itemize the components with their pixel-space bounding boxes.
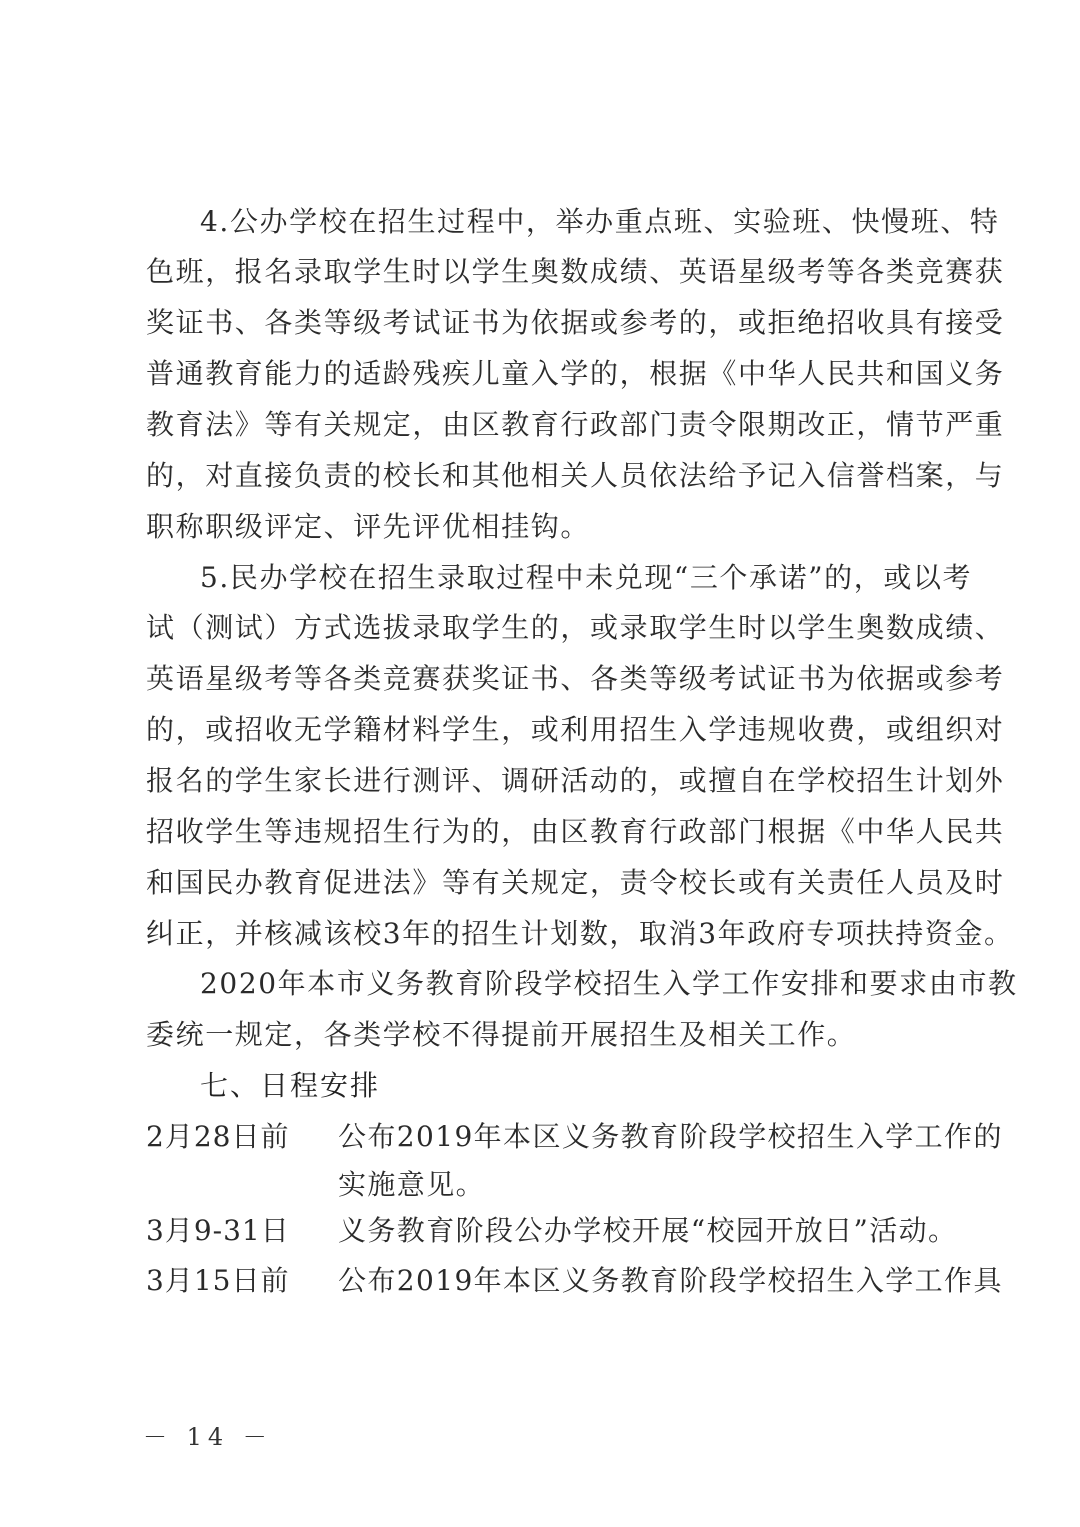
item4-line-6: 的，对直接负责的校长和其他相关人员依法给予记入信誉档案，与: [146, 459, 936, 493]
schedule-date-3: 3月15日前: [146, 1264, 289, 1298]
item4-line-1: 4.公办学校在招生过程中，举办重点班、实验班、快慢班、特: [200, 205, 936, 239]
section-heading-schedule: 七、日程安排: [200, 1069, 380, 1103]
schedule-date-1: 2月28日前: [146, 1120, 289, 1154]
schedule-text-1-line-2: 实施意见。: [338, 1168, 936, 1202]
item4-line-3: 奖证书、各类等级考试证书为依据或参考的，或拒绝招收具有接受: [146, 306, 936, 340]
item4-line-7: 职称职级评定、评先评优相挂钩。: [146, 510, 936, 544]
schedule-text-2-line-1: 义务教育阶段公办学校开展“校园开放日”活动。: [338, 1214, 936, 1248]
page-number: － 14 －: [143, 1422, 273, 1452]
item5-line-5: 报名的学生家长进行测评、调研活动的，或擅自在学校招生计划外: [146, 764, 936, 798]
item4-line-4: 普通教育能力的适龄残疾儿童入学的，根据《中华人民共和国义务: [146, 357, 936, 391]
item5-line-4: 的，或招收无学籍材料学生，或利用招生入学违规收费，或组织对: [146, 713, 936, 747]
schedule-text-3-line-1: 公布2019年本区义务教育阶段学校招生入学工作具: [338, 1264, 936, 1298]
item4-line-5: 教育法》等有关规定，由区教育行政部门责令限期改正，情节严重: [146, 408, 936, 442]
item5-line-3: 英语星级考等各类竞赛获奖证书、各类等级考试证书为依据或参考: [146, 662, 936, 696]
item5-line-2: 试（测试）方式选拔录取学生的，或录取学生时以学生奥数成绩、: [146, 611, 936, 645]
document-page: 4.公办学校在招生过程中，举办重点班、实验班、快慢班、特 色班，报名录取学生时以…: [0, 0, 1080, 1527]
item5-line-1: 5.民办学校在招生录取过程中未兑现“三个承诺”的，或以考: [200, 561, 936, 595]
item5-line-8: 纠正，并核减该校3年的招生计划数，取消3年政府专项扶持资金。: [146, 917, 936, 951]
note2020-line-2: 委统一规定，各类学校不得提前开展招生及相关工作。: [146, 1018, 936, 1052]
note2020-line-1: 2020年本市义务教育阶段学校招生入学工作安排和要求由市教: [200, 967, 936, 1001]
item5-line-6: 招收学生等违规招生行为的，由区教育行政部门根据《中华人民共: [146, 815, 936, 849]
item5-line-7: 和国民办教育促进法》等有关规定，责令校长或有关责任人员及时: [146, 866, 936, 900]
item4-line-2: 色班，报名录取学生时以学生奥数成绩、英语星级考等各类竞赛获: [146, 255, 936, 289]
schedule-text-1-line-1: 公布2019年本区义务教育阶段学校招生入学工作的: [338, 1120, 936, 1154]
schedule-date-2: 3月9-31日: [146, 1214, 290, 1248]
